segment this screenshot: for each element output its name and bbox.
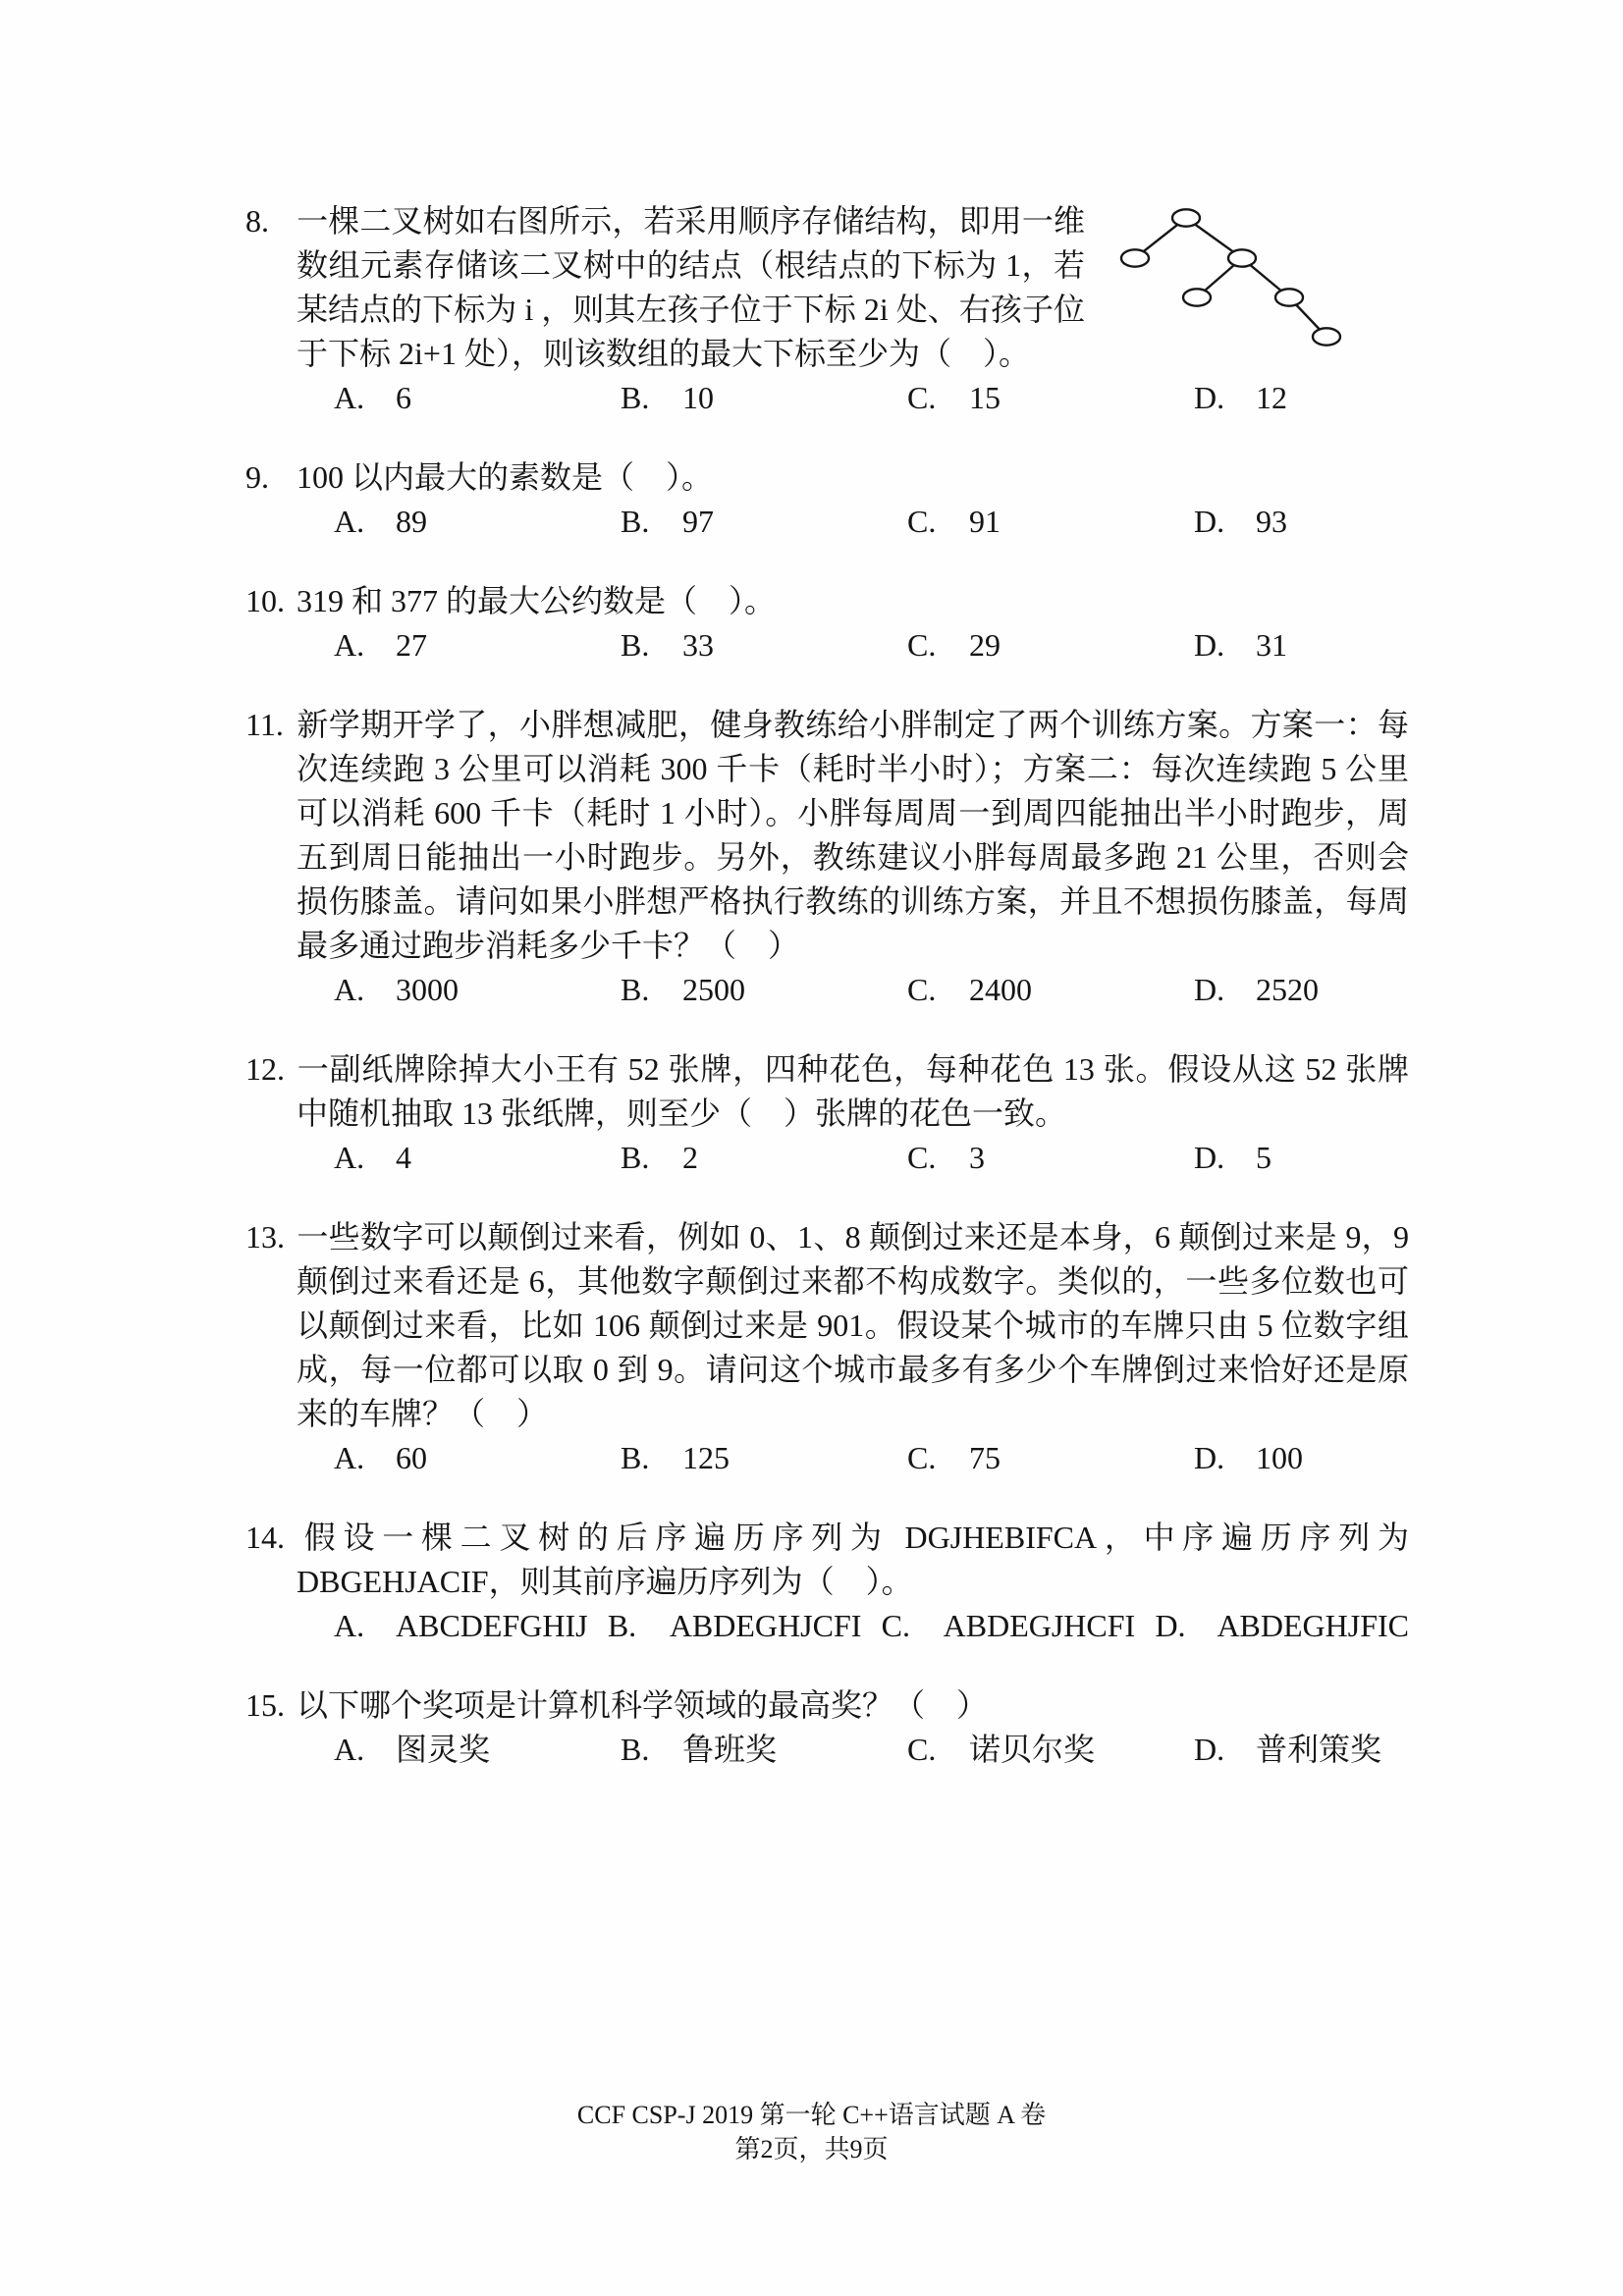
- option-value: 91: [969, 504, 1001, 539]
- question-text: 10.319 和 377 的最大公约数是（ ）。: [245, 579, 1409, 623]
- option-value: 2: [682, 1140, 698, 1175]
- question-number: 8.: [245, 199, 297, 243]
- options-row: A.ABCDEFGHIJ B.ABDEGHJCFI C.ABDEGJHCFI D…: [245, 1604, 1409, 1648]
- option-c: C.15: [907, 376, 1194, 420]
- question-13: 13.一些数字可以颠倒过来看，例如 0、1、8 颠倒过来还是本身，6 颠倒过来是…: [245, 1215, 1409, 1480]
- option-label: A.: [334, 1136, 396, 1180]
- question-10: 10.319 和 377 的最大公约数是（ ）。 A.27 B.33 C.29 …: [245, 579, 1409, 667]
- options-row: A.4 B.2 C.3 D.5: [245, 1136, 1409, 1180]
- option-b: B.2: [621, 1136, 907, 1180]
- option-value: ABDEGJHCFI: [944, 1608, 1136, 1643]
- option-value: 5: [1256, 1140, 1271, 1175]
- option-a: A.ABCDEFGHIJ: [334, 1604, 608, 1648]
- option-d: D.2520: [1194, 968, 1319, 1012]
- option-value: 15: [969, 380, 1001, 415]
- option-d: D.12: [1194, 376, 1287, 420]
- option-label: D.: [1194, 623, 1256, 667]
- options-row: A.3000 B.2500 C.2400 D.2520: [245, 968, 1409, 1012]
- option-a: A.60: [334, 1436, 621, 1480]
- option-d: D.ABDEGHJFIC: [1155, 1604, 1409, 1648]
- option-value: 3: [969, 1140, 985, 1175]
- option-b: B.125: [621, 1436, 907, 1480]
- question-14: 14.假设一棵二叉树的后序遍历序列为 DGJHEBIFCA，中序遍历序列为 DB…: [245, 1516, 1409, 1648]
- option-c: C.75: [907, 1436, 1194, 1480]
- option-label: B.: [608, 1604, 670, 1648]
- option-value: 普利策奖: [1256, 1732, 1381, 1767]
- option-label: B.: [621, 1436, 682, 1480]
- option-label: B.: [621, 623, 682, 667]
- option-c: C.91: [907, 500, 1194, 544]
- tree-node: [1228, 249, 1256, 266]
- question-text: 13.一些数字可以颠倒过来看，例如 0、1、8 颠倒过来还是本身，6 颠倒过来是…: [245, 1215, 1409, 1436]
- option-label: A.: [334, 1728, 396, 1772]
- option-value: ABDEGHJCFI: [670, 1608, 862, 1643]
- option-d: D.93: [1194, 500, 1287, 544]
- option-value: 12: [1256, 380, 1287, 415]
- options-row: A.27 B.33 C.29 D.31: [245, 623, 1409, 667]
- option-value: 89: [396, 504, 427, 539]
- option-label: A.: [334, 500, 396, 544]
- question-text: 12.一副纸牌除掉大小王有 52 张牌，四种花色，每种花色 13 张。假设从这 …: [245, 1047, 1409, 1136]
- options-row: A.60 B.125 C.75 D.100: [245, 1436, 1409, 1480]
- option-a: A.6: [334, 376, 621, 420]
- question-number: 14.: [245, 1516, 297, 1560]
- option-label: A.: [334, 968, 396, 1012]
- option-value: 97: [682, 504, 714, 539]
- question-text: 8.一棵二叉树如右图所示，若采用顺序存储结构，即用一维数组元素存储该二叉树中的结…: [245, 199, 1085, 376]
- option-label: D.: [1194, 1728, 1256, 1772]
- option-value: 图灵奖: [396, 1732, 490, 1767]
- option-d: D.普利策奖: [1194, 1728, 1381, 1772]
- option-value: 3000: [396, 972, 459, 1007]
- question-body: 假设一棵二叉树的后序遍历序列为 DGJHEBIFCA，中序遍历序列为 DBGEH…: [297, 1520, 1409, 1599]
- option-value: 10: [682, 380, 714, 415]
- question-body: 319 和 377 的最大公约数是（ ）。: [297, 583, 776, 618]
- question-text: 9.100 以内最大的素数是（ ）。: [245, 455, 1409, 500]
- option-b: B.33: [621, 623, 907, 667]
- question-text: 11.新学期开学了，小胖想减肥，健身教练给小胖制定了两个训练方案。方案一：每次连…: [245, 703, 1409, 968]
- option-c: C.ABDEGJHCFI: [882, 1604, 1156, 1648]
- page-footer: CCF CSP-J 2019 第一轮 C++语言试题 A 卷 第2页，共9页: [0, 2098, 1623, 2166]
- question-12: 12.一副纸牌除掉大小王有 52 张牌，四种花色，每种花色 13 张。假设从这 …: [245, 1047, 1409, 1180]
- option-a: A.3000: [334, 968, 621, 1012]
- option-value: 60: [396, 1440, 427, 1475]
- option-value: 诺贝尔奖: [969, 1732, 1095, 1767]
- option-a: A.4: [334, 1136, 621, 1180]
- option-b: B.2500: [621, 968, 907, 1012]
- tree-node: [1183, 289, 1211, 305]
- option-value: 33: [682, 627, 714, 663]
- question-body: 以下哪个奖项是计算机科学领域的最高奖？（ ）: [297, 1687, 988, 1723]
- question-number: 10.: [245, 579, 297, 623]
- option-label: C.: [907, 500, 969, 544]
- question-body: 100 以内最大的素数是（ ）。: [297, 459, 713, 495]
- option-label: D.: [1194, 500, 1256, 544]
- option-label: C.: [882, 1604, 944, 1648]
- option-value: 6: [396, 380, 411, 415]
- option-label: C.: [907, 623, 969, 667]
- question-body: 一些数字可以颠倒过来看，例如 0、1、8 颠倒过来还是本身，6 颠倒过来是 9，…: [297, 1219, 1409, 1431]
- option-label: B.: [621, 968, 682, 1012]
- option-label: A.: [334, 376, 396, 420]
- option-value: 27: [396, 627, 427, 663]
- option-label: C.: [907, 1136, 969, 1180]
- option-b: B.鲁班奖: [621, 1728, 907, 1772]
- options-row: A.89 B.97 C.91 D.93: [245, 500, 1409, 544]
- option-value: ABDEGHJFIC: [1217, 1608, 1409, 1643]
- options-row: A.6 B.10 C.15 D.12: [245, 376, 1409, 420]
- option-label: C.: [907, 968, 969, 1012]
- binary-tree-figure: [1109, 201, 1355, 358]
- option-value: 75: [969, 1440, 1001, 1475]
- option-label: B.: [621, 1728, 682, 1772]
- option-value: 93: [1256, 504, 1287, 539]
- option-label: D.: [1194, 1136, 1256, 1180]
- option-value: 100: [1256, 1440, 1303, 1475]
- tree-node: [1121, 249, 1149, 266]
- option-d: D.100: [1194, 1436, 1303, 1480]
- option-d: D.31: [1194, 623, 1287, 667]
- question-body: 一棵二叉树如右图所示，若采用顺序存储结构，即用一维数组元素存储该二叉树中的结点（…: [297, 203, 1085, 371]
- option-a: A.89: [334, 500, 621, 544]
- option-value: 29: [969, 627, 1001, 663]
- question-number: 12.: [245, 1047, 297, 1092]
- tree-node: [1313, 328, 1340, 345]
- option-label: D.: [1194, 376, 1256, 420]
- option-value: 125: [682, 1440, 730, 1475]
- question-number: 13.: [245, 1215, 297, 1259]
- questions-section: 8.一棵二叉树如右图所示，若采用顺序存储结构，即用一维数组元素存储该二叉树中的结…: [245, 199, 1409, 1807]
- option-value: 2400: [969, 972, 1032, 1007]
- option-label: D.: [1194, 968, 1256, 1012]
- option-label: D.: [1155, 1604, 1217, 1648]
- option-value: ABCDEFGHIJ: [396, 1608, 588, 1643]
- tree-node: [1275, 289, 1303, 305]
- option-label: A.: [334, 623, 396, 667]
- option-label: D.: [1194, 1436, 1256, 1480]
- option-label: C.: [907, 1436, 969, 1480]
- option-a: A.图灵奖: [334, 1728, 621, 1772]
- option-label: B.: [621, 500, 682, 544]
- option-b: B.97: [621, 500, 907, 544]
- option-label: C.: [907, 1728, 969, 1772]
- option-b: B.10: [621, 376, 907, 420]
- footer-page-number: 第2页，共9页: [0, 2132, 1623, 2166]
- exam-page: 8.一棵二叉树如右图所示，若采用顺序存储结构，即用一维数组元素存储该二叉树中的结…: [0, 0, 1623, 2296]
- question-number: 11.: [245, 703, 297, 747]
- question-text: 14.假设一棵二叉树的后序遍历序列为 DGJHEBIFCA，中序遍历序列为 DB…: [245, 1516, 1409, 1604]
- question-11: 11.新学期开学了，小胖想减肥，健身教练给小胖制定了两个训练方案。方案一：每次连…: [245, 703, 1409, 1012]
- option-d: D.5: [1194, 1136, 1271, 1180]
- option-a: A.27: [334, 623, 621, 667]
- question-15: 15.以下哪个奖项是计算机科学领域的最高奖？（ ） A.图灵奖 B.鲁班奖 C.…: [245, 1683, 1409, 1772]
- footer-title: CCF CSP-J 2019 第一轮 C++语言试题 A 卷: [0, 2098, 1623, 2132]
- option-value: 鲁班奖: [682, 1732, 777, 1767]
- option-c: C.诺贝尔奖: [907, 1728, 1194, 1772]
- question-number: 9.: [245, 455, 297, 500]
- tree-node: [1172, 209, 1200, 226]
- option-c: C.2400: [907, 968, 1194, 1012]
- option-b: B.ABDEGHJCFI: [608, 1604, 882, 1648]
- option-value: 2500: [682, 972, 745, 1007]
- option-value: 31: [1256, 627, 1287, 663]
- option-label: C.: [907, 376, 969, 420]
- question-body: 一副纸牌除掉大小王有 52 张牌，四种花色，每种花色 13 张。假设从这 52 …: [297, 1051, 1409, 1131]
- option-label: A.: [334, 1604, 396, 1648]
- option-value: 2520: [1256, 972, 1319, 1007]
- options-row: A.图灵奖 B.鲁班奖 C.诺贝尔奖 D.普利策奖: [245, 1728, 1409, 1772]
- question-number: 15.: [245, 1683, 297, 1728]
- option-label: A.: [334, 1436, 396, 1480]
- option-value: 4: [396, 1140, 411, 1175]
- question-9: 9.100 以内最大的素数是（ ）。 A.89 B.97 C.91 D.93: [245, 455, 1409, 544]
- question-body: 新学期开学了，小胖想减肥，健身教练给小胖制定了两个训练方案。方案一：每次连续跑 …: [297, 707, 1409, 963]
- option-c: C.3: [907, 1136, 1194, 1180]
- option-c: C.29: [907, 623, 1194, 667]
- option-label: B.: [621, 1136, 682, 1180]
- option-label: B.: [621, 376, 682, 420]
- question-text: 15.以下哪个奖项是计算机科学领域的最高奖？（ ）: [245, 1683, 1409, 1728]
